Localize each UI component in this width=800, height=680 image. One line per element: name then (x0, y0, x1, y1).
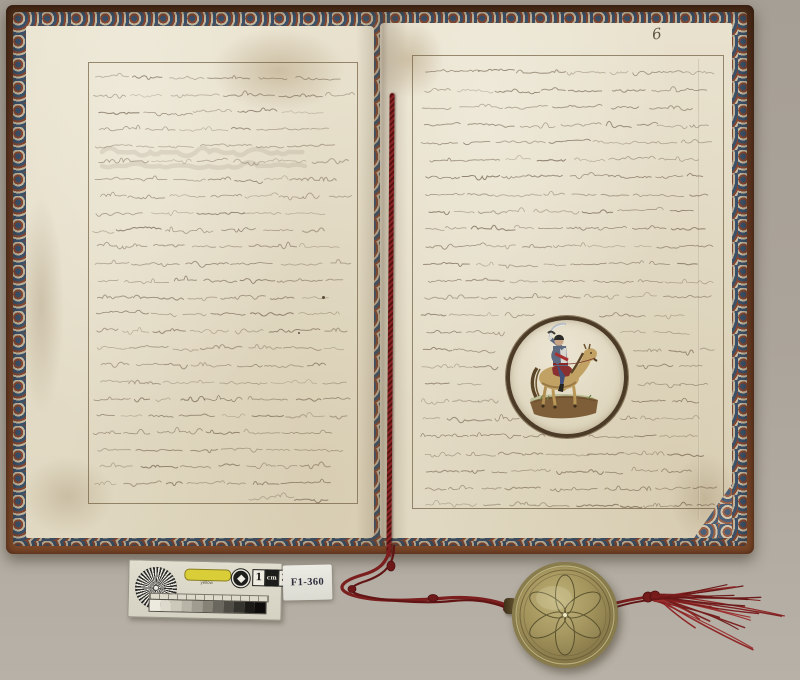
gray-step (181, 600, 192, 611)
horseman-miniature (506, 316, 628, 438)
gray-step (213, 601, 224, 612)
manuscript-book: 6 (6, 5, 754, 554)
gray-step (202, 601, 213, 612)
right-page: 6 (380, 23, 732, 538)
left-page-handwriting (26, 26, 374, 538)
scale-left: 1 (252, 569, 265, 586)
ink-blot (298, 332, 300, 334)
horseman-illustration (510, 320, 616, 426)
right-page-handwriting (380, 23, 732, 538)
gray-step (160, 600, 171, 611)
gray-step (223, 601, 234, 612)
left-page (26, 26, 374, 538)
calibration-card: yellow 1 cm 3 (127, 559, 282, 620)
reference-label-text: F1-360 (291, 577, 325, 589)
scale-unit: cm (265, 569, 278, 586)
gray-step (234, 602, 245, 613)
reference-label: F1-360 (283, 564, 333, 600)
gray-step (255, 602, 266, 613)
photo-stage: 6 (0, 0, 800, 680)
grayscale-wedge (148, 599, 266, 615)
rosette-engraving-icon (512, 562, 618, 668)
gray-step (150, 600, 161, 611)
registration-target-icon (233, 571, 248, 586)
gray-step (192, 601, 203, 612)
gray-step (244, 602, 255, 613)
folio-number: 6 (651, 24, 663, 43)
ink-blot (322, 296, 325, 299)
brass-seal-skippet (512, 562, 618, 668)
yellow-patch-label: yellow (194, 580, 219, 586)
gray-step (171, 600, 182, 611)
